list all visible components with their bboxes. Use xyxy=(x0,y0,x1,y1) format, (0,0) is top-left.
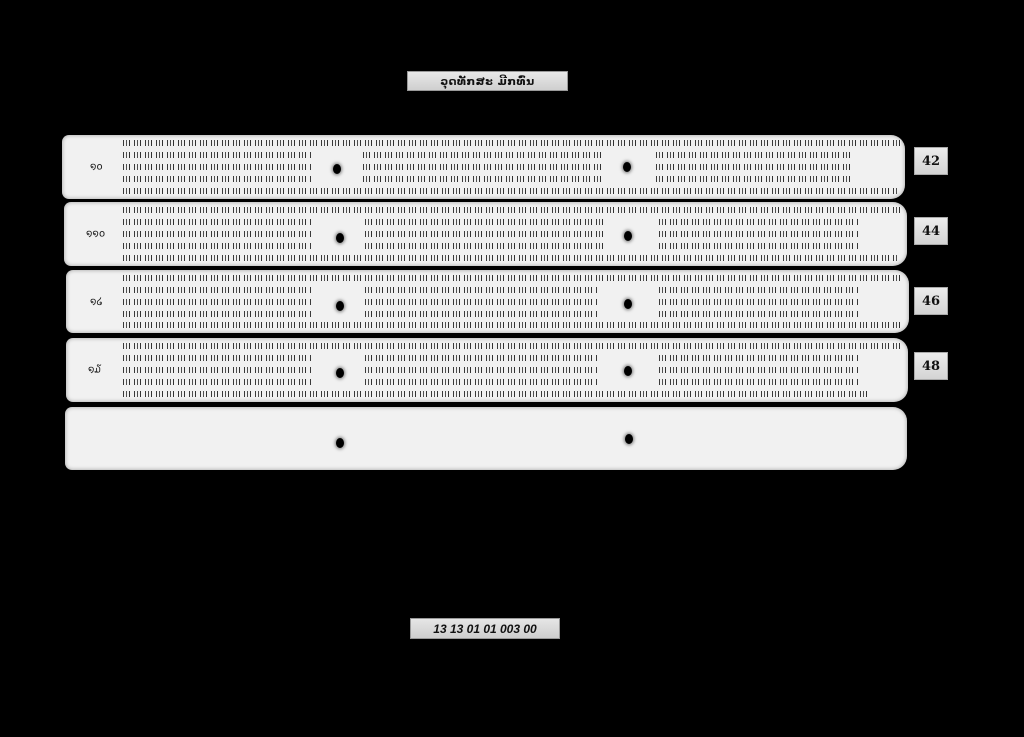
string-hole xyxy=(624,231,632,241)
text-line xyxy=(122,241,312,251)
leaf-margin-number: ໑໑໐ xyxy=(86,229,105,240)
string-hole xyxy=(336,368,344,378)
text-line xyxy=(122,341,902,351)
text-line xyxy=(658,217,858,227)
string-hole xyxy=(625,434,633,444)
text-line xyxy=(122,320,902,330)
text-line xyxy=(362,174,602,184)
string-hole xyxy=(336,301,344,311)
text-line xyxy=(122,389,867,399)
string-hole xyxy=(336,438,344,448)
catalog-number-text: 13 13 01 01 003 00 xyxy=(433,622,536,636)
text-line xyxy=(122,273,902,283)
page-tag: 44 xyxy=(914,217,948,245)
text-line xyxy=(364,229,604,239)
text-line xyxy=(364,285,599,295)
page-tag: 48 xyxy=(914,352,948,380)
text-line xyxy=(364,241,604,251)
text-line xyxy=(122,353,312,363)
text-line xyxy=(122,205,902,215)
page-tag: 42 xyxy=(914,147,948,175)
text-line xyxy=(658,241,858,251)
text-line xyxy=(364,365,599,375)
palm-leaf-4: ໑໓ xyxy=(66,338,908,402)
string-hole xyxy=(624,299,632,309)
title-text: ວຸດທັກສະ ມີກທົ່ນ xyxy=(440,75,534,88)
text-line xyxy=(122,217,312,227)
text-line xyxy=(122,186,897,196)
page-tag: 46 xyxy=(914,287,948,315)
text-line xyxy=(362,150,602,160)
text-line xyxy=(122,229,312,239)
string-hole xyxy=(623,162,631,172)
text-line xyxy=(364,217,604,227)
text-line xyxy=(364,297,599,307)
text-line xyxy=(122,150,312,160)
text-line xyxy=(364,353,599,363)
string-hole xyxy=(333,164,341,174)
text-line xyxy=(122,174,312,184)
string-hole xyxy=(624,366,632,376)
palm-leaf-2: ໑໑໐ xyxy=(64,202,907,266)
text-line xyxy=(658,229,858,239)
text-line xyxy=(122,309,312,319)
text-line xyxy=(658,297,858,307)
palm-leaf-1: ໑໐ xyxy=(62,135,905,199)
text-line xyxy=(658,285,858,295)
text-line xyxy=(122,365,312,375)
text-line xyxy=(364,309,599,319)
text-line xyxy=(122,377,312,387)
string-hole xyxy=(336,233,344,243)
text-line xyxy=(655,150,850,160)
text-line xyxy=(658,353,858,363)
palm-leaf-5-blank xyxy=(65,407,907,470)
text-line xyxy=(658,377,858,387)
text-line xyxy=(122,285,312,295)
text-line xyxy=(122,253,897,263)
text-line xyxy=(655,162,850,172)
text-line xyxy=(364,377,599,387)
text-line xyxy=(362,162,602,172)
catalog-number-label: 13 13 01 01 003 00 xyxy=(410,618,560,639)
text-line xyxy=(655,174,850,184)
manuscript-title-label: ວຸດທັກສະ ມີກທົ່ນ xyxy=(407,71,568,91)
text-line xyxy=(658,365,858,375)
palm-leaf-3: ໑໒ xyxy=(66,270,909,333)
text-line xyxy=(122,297,312,307)
text-line xyxy=(658,309,858,319)
text-line xyxy=(122,162,312,172)
leaf-margin-number: ໑໐ xyxy=(90,162,103,173)
leaf-margin-number: ໑໓ xyxy=(88,365,101,376)
leaf-margin-number: ໑໒ xyxy=(90,296,103,307)
text-line xyxy=(122,138,902,148)
